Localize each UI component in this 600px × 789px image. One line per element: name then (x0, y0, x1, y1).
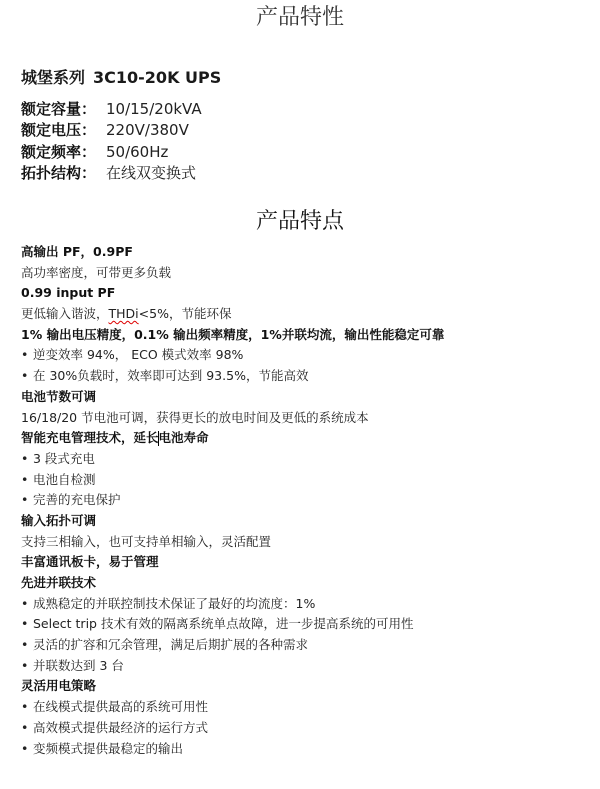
bullet-text: Select trip 技术有效的隔离系统单点故障，进一步提高系统的可用性 (33, 616, 413, 631)
feature-text: 高功率密度，可带更多负载 (21, 263, 591, 284)
bullet-item: •3 段式充电 (21, 449, 591, 470)
bullet-icon: • (21, 697, 33, 718)
spec-row-frequency: 额定频率： 50/60Hz (21, 142, 202, 163)
product-series: 城堡系列 (21, 68, 85, 87)
bullet-item: •在线模式提供最高的系统可用性 (21, 697, 591, 718)
bullet-icon: • (21, 614, 33, 635)
feature-heading: 丰富通讯板卡，易于管理 (21, 552, 591, 573)
bullet-icon: • (21, 739, 33, 760)
bullet-text: 灵活的扩容和冗余管理，满足后期扩展的各种需求 (33, 637, 308, 652)
spec-row-capacity: 额定容量： 10/15/20kVA (21, 99, 202, 120)
feature-text: 16/18/20 节电池可调，获得更长的放电时间及更低的系统成本 (21, 408, 591, 429)
bullet-item: •灵活的扩容和冗余管理，满足后期扩展的各种需求 (21, 635, 591, 656)
spec-value: 在线双变换式 (106, 163, 196, 184)
feature-text: 支持三相输入，也可支持单相输入，灵活配置 (21, 532, 591, 553)
feature-heading: 智能充电管理技术，延长电池寿命 (21, 428, 591, 449)
bullet-icon: • (21, 490, 33, 511)
bullet-text: 高效模式提供最经济的运行方式 (33, 720, 208, 735)
spec-row-voltage: 额定电压： 220V/380V (21, 120, 202, 141)
bullet-text: 在线模式提供最高的系统可用性 (33, 699, 208, 714)
spec-list: 额定容量： 10/15/20kVA 额定电压： 220V/380V 额定频率： … (21, 99, 202, 184)
feature-heading: 1% 输出电压精度，0.1% 输出频率精度，1%并联均流，输出性能稳定可靠 (21, 325, 591, 346)
section-title-product-properties: 产品特性 (0, 5, 600, 31)
bullet-icon: • (21, 656, 33, 677)
product-name: 城堡系列3C10-20K UPS (21, 68, 221, 88)
section-title-product-features: 产品特点 (0, 209, 600, 235)
feature-heading: 电池节数可调 (21, 387, 591, 408)
feature-text: 更低输入谐波，THDi<5%，节能环保 (21, 304, 591, 325)
text-fragment: 电池寿命 (159, 430, 209, 445)
bullet-text: 在 30%负载时，效率即可达到 93.5%，节能高效 (33, 368, 308, 383)
bullet-item: •并联数达到 3 台 (21, 656, 591, 677)
feature-heading: 输入拓扑可调 (21, 511, 591, 532)
bullet-item: •变频模式提供最稳定的输出 (21, 739, 591, 760)
bullet-icon: • (21, 366, 33, 387)
bullet-icon: • (21, 635, 33, 656)
bullet-icon: • (21, 470, 33, 491)
bullet-icon: • (21, 449, 33, 470)
spec-label: 额定频率： (21, 142, 106, 163)
bullet-text: 3 段式充电 (33, 451, 95, 466)
bullet-item: •Select trip 技术有效的隔离系统单点故障，进一步提高系统的可用性 (21, 614, 591, 635)
spec-value: 10/15/20kVA (106, 99, 202, 120)
spec-label: 额定容量： (21, 99, 106, 120)
bullet-item: •成熟稳定的并联控制技术保证了最好的均流度：1% (21, 594, 591, 615)
product-model: 3C10-20K UPS (93, 68, 221, 87)
spellcheck-flagged-word[interactable]: THDi (109, 306, 139, 321)
bullet-text: 并联数达到 3 台 (33, 658, 124, 673)
bullet-text: 电池自检测 (33, 472, 96, 487)
bullet-item: •高效模式提供最经济的运行方式 (21, 718, 591, 739)
bullet-text: 完善的充电保护 (33, 492, 121, 507)
feature-heading: 高输出 PF，0.9PF (21, 242, 591, 263)
feature-heading: 灵活用电策略 (21, 676, 591, 697)
spec-row-topology: 拓扑结构： 在线双变换式 (21, 163, 202, 184)
bullet-item: •完善的充电保护 (21, 490, 591, 511)
bullet-icon: • (21, 594, 33, 615)
bullet-item: •逆变效率 94%， ECO 模式效率 98% (21, 345, 591, 366)
spec-value: 50/60Hz (106, 142, 168, 163)
feature-heading: 先进并联技术 (21, 573, 591, 594)
spec-value: 220V/380V (106, 120, 189, 141)
bullet-item: •电池自检测 (21, 470, 591, 491)
feature-list: 高输出 PF，0.9PF 高功率密度，可带更多负载 0.99 input PF … (21, 242, 591, 759)
text-fragment: 智能充电管理技术，延长 (21, 430, 159, 445)
text-fragment: 更低输入谐波， (21, 306, 109, 321)
bullet-icon: • (21, 718, 33, 739)
text-fragment: <5%，节能环保 (139, 306, 232, 321)
bullet-text: 逆变效率 94%， ECO 模式效率 98% (33, 347, 243, 362)
bullet-text: 变频模式提供最稳定的输出 (33, 741, 183, 756)
bullet-icon: • (21, 345, 33, 366)
feature-heading: 0.99 input PF (21, 283, 591, 304)
bullet-text: 成熟稳定的并联控制技术保证了最好的均流度：1% (33, 596, 315, 611)
spec-label: 拓扑结构： (21, 163, 106, 184)
bullet-item: •在 30%负载时，效率即可达到 93.5%，节能高效 (21, 366, 591, 387)
spec-label: 额定电压： (21, 120, 106, 141)
